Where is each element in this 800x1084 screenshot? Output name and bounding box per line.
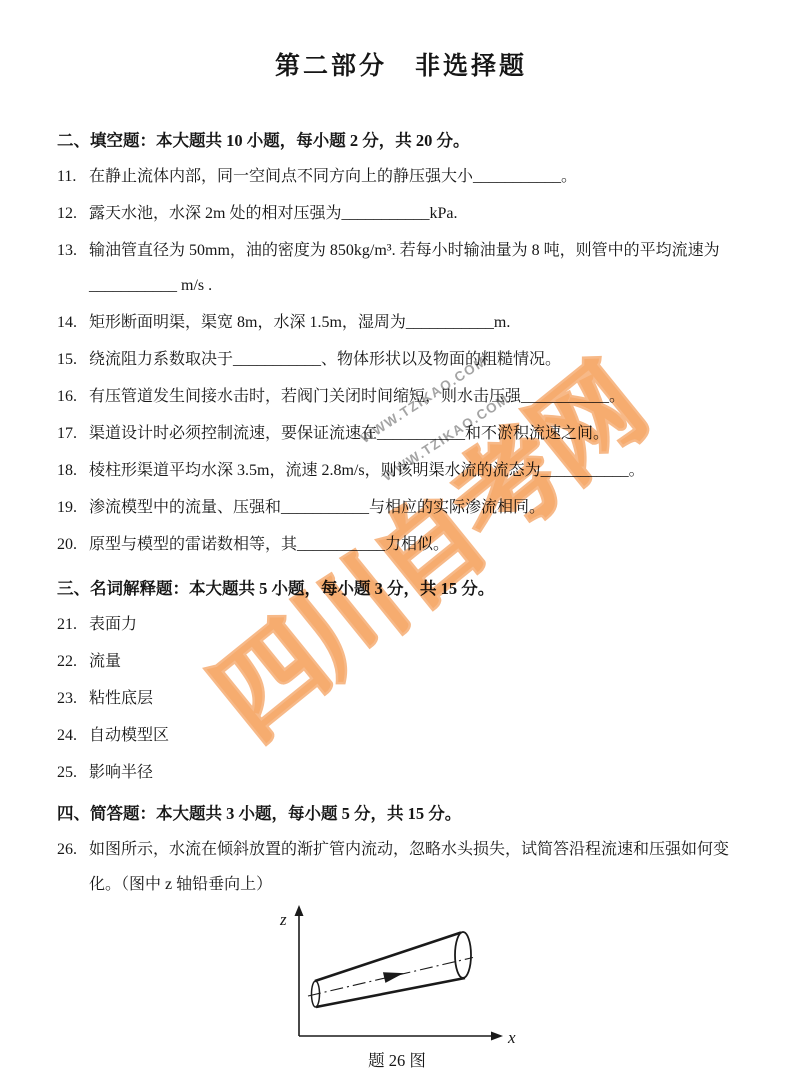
question-number: 11. xyxy=(57,159,89,194)
question-text: 影响半径 xyxy=(89,755,741,790)
figure-caption: 题 26 图 xyxy=(272,1050,522,1072)
question-item: 22. 流量 xyxy=(57,644,745,679)
question-number: 26. xyxy=(57,832,89,867)
pipe-diagram: z x xyxy=(272,904,522,1044)
question-item: 25. 影响半径 xyxy=(57,755,745,790)
figure-q26: z x 题 26 图 xyxy=(272,904,522,1072)
terms-question-list: 21. 表面力 22. 流量 23. 粘性底层 24. 自动模型区 25. 影响… xyxy=(57,607,745,790)
z-axis-arrow-icon xyxy=(295,905,304,916)
question-text: 在静止流体内部，同一空间点不同方向上的静压强大小___________。 xyxy=(89,159,741,194)
question-number: 18. xyxy=(57,453,89,488)
question-item: 11. 在静止流体内部，同一空间点不同方向上的静压强大小___________。 xyxy=(57,159,745,194)
question-text: 露天水池，水深 2m 处的相对压强为___________kPa. xyxy=(89,196,741,231)
question-number: 12. xyxy=(57,196,89,231)
question-number: 16. xyxy=(57,379,89,414)
z-axis-label: z xyxy=(279,910,287,929)
question-text: 矩形断面明渠，渠宽 8m，水深 1.5m，湿周为___________m. xyxy=(89,305,741,340)
section-header-short-answer: 四、简答题：本大题共 3 小题，每小题 5 分，共 15 分。 xyxy=(57,802,745,826)
question-item: 15. 绕流阻力系数取决于___________、物体形状以及物面的粗糙情况。 xyxy=(57,342,745,377)
x-axis-label: x xyxy=(507,1028,516,1044)
question-number: 20. xyxy=(57,527,89,562)
question-number: 23. xyxy=(57,681,89,716)
question-text: 原型与模型的雷诺数相等，其___________力相似。 xyxy=(89,527,741,562)
question-text: 流量 xyxy=(89,644,741,679)
question-item: 24. 自动模型区 xyxy=(57,718,745,753)
short-answer-question-list: 26. 如图所示，水流在倾斜放置的渐扩管内流动，忽略水头损失，试简答沿程流速和压… xyxy=(57,832,745,902)
question-item: 20. 原型与模型的雷诺数相等，其___________力相似。 xyxy=(57,527,745,562)
question-number: 14. xyxy=(57,305,89,340)
question-item: 23. 粘性底层 xyxy=(57,681,745,716)
question-number: 19. xyxy=(57,490,89,525)
pipe-bottom-edge xyxy=(316,978,465,1007)
pipe-outlet-rim xyxy=(455,932,471,978)
question-number: 21. xyxy=(57,607,89,642)
fill-in-question-list: 11. 在静止流体内部，同一空间点不同方向上的静压强大小___________。… xyxy=(57,159,745,562)
question-number: 24. xyxy=(57,718,89,753)
exam-page: 第二部分 非选择题 二、填空题：本大题共 10 小题，每小题 2 分，共 20 … xyxy=(0,0,800,1084)
question-text: 如图所示，水流在倾斜放置的渐扩管内流动，忽略水头损失，试简答沿程流速和压强如何变… xyxy=(89,832,741,902)
question-number: 25. xyxy=(57,755,89,790)
question-number: 13. xyxy=(57,233,89,268)
question-text: 输油管直径为 50mm，油的密度为 850kg/m³. 若每小时输油量为 8 吨… xyxy=(89,233,741,303)
x-axis-arrow-icon xyxy=(491,1032,503,1041)
question-item: 21. 表面力 xyxy=(57,607,745,642)
question-text: 粘性底层 xyxy=(89,681,741,716)
question-item: 26. 如图所示，水流在倾斜放置的渐扩管内流动，忽略水头损失，试简答沿程流速和压… xyxy=(57,832,745,902)
page-title: 第二部分 非选择题 xyxy=(57,50,745,84)
question-item: 19. 渗流模型中的流量、压强和___________与相应的实际渗流相同。 xyxy=(57,490,745,525)
question-item: 12. 露天水池，水深 2m 处的相对压强为___________kPa. xyxy=(57,196,745,231)
question-text: 表面力 xyxy=(89,607,741,642)
question-text: 渠道设计时必须控制流速，要保证流速在___________和不淤积流速之间。 xyxy=(89,416,741,451)
question-text: 棱柱形渠道平均水深 3.5m，流速 2.8m/s，则该明渠水流的流态为_____… xyxy=(89,453,741,488)
question-text: 绕流阻力系数取决于___________、物体形状以及物面的粗糙情况。 xyxy=(89,342,741,377)
question-item: 14. 矩形断面明渠，渠宽 8m，水深 1.5m，湿周为___________m… xyxy=(57,305,745,340)
question-item: 16. 有压管道发生间接水击时，若阀门关闭时间缩短，则水击压强_________… xyxy=(57,379,745,414)
question-number: 22. xyxy=(57,644,89,679)
question-item: 18. 棱柱形渠道平均水深 3.5m，流速 2.8m/s，则该明渠水流的流态为_… xyxy=(57,453,745,488)
question-item: 13. 输油管直径为 50mm，油的密度为 850kg/m³. 若每小时输油量为… xyxy=(57,233,745,303)
flow-direction-arrow-icon xyxy=(383,968,405,983)
section-header-terms: 三、名词解释题：本大题共 5 小题，每小题 3 分，共 15 分。 xyxy=(57,577,745,601)
question-item: 17. 渠道设计时必须控制流速，要保证流速在___________和不淤积流速之… xyxy=(57,416,745,451)
question-text: 自动模型区 xyxy=(89,718,741,753)
question-text: 渗流模型中的流量、压强和___________与相应的实际渗流相同。 xyxy=(89,490,741,525)
question-number: 17. xyxy=(57,416,89,451)
question-text: 有压管道发生间接水击时，若阀门关闭时间缩短，则水击压强___________。 xyxy=(89,379,741,414)
question-number: 15. xyxy=(57,342,89,377)
section-header-fill-in: 二、填空题：本大题共 10 小题，每小题 2 分，共 20 分。 xyxy=(57,129,745,153)
